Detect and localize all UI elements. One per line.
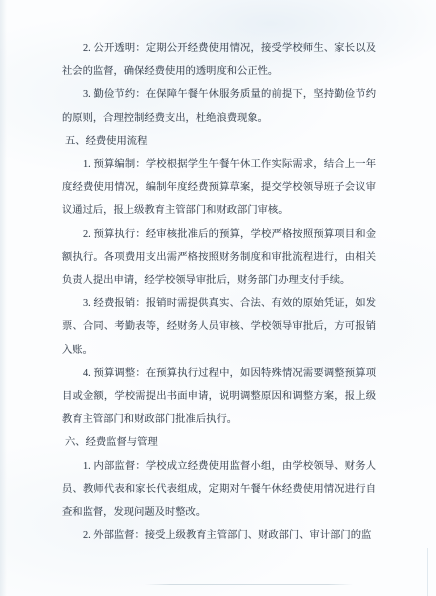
scan-artifact-footer-line xyxy=(145,584,353,585)
paragraph-thrift: 3. 勤俭节约：在保障午餐午休服务质量的前提下，坚持勤俭节约的原则，合理控制经费… xyxy=(62,83,376,129)
scan-edge-shadow-left xyxy=(0,0,7,596)
paragraph-external-supervision: 2. 外部监督：接受上级教育主管部门、财政部门、审计部门的监 xyxy=(62,524,376,547)
section-heading-funds-usage-process: 五、经费使用流程 xyxy=(62,130,376,153)
document-text: 2. 公开透明：定期公开经费使用情况，接受学校师生、家长以及社会的监督，确保经费… xyxy=(62,37,376,547)
scan-edge-line-right xyxy=(427,548,428,596)
paragraph-expense-reimbursement: 3. 经费报销：报销时需提供真实、合法、有效的原始凭证，如发票、合同、考勤表等，… xyxy=(62,292,376,362)
paragraph-budget-preparation: 1. 预算编制：学校根据学生午餐午休工作实际需求，结合上一年度经费使用情况，编制… xyxy=(62,153,376,223)
paragraph-open-transparency: 2. 公开透明：定期公开经费使用情况，接受学校师生、家长以及社会的监督，确保经费… xyxy=(62,37,376,83)
paragraph-internal-supervision: 1. 内部监督：学校成立经费使用监督小组，由学校领导、财务人员、教师代表和家长代… xyxy=(62,455,376,525)
paragraph-budget-adjustment: 4. 预算调整：在预算执行过程中，如因特殊情况需要调整预算项目或金额，学校需提出… xyxy=(62,362,376,432)
paragraph-budget-execution: 2. 预算执行：经审核批准后的预算，学校严格按照预算项目和金额执行。各项费用支出… xyxy=(62,223,376,293)
document-page: 2. 公开透明：定期公开经费使用情况，接受学校师生、家长以及社会的监督，确保经费… xyxy=(0,0,436,596)
section-heading-supervision-management: 六、经费监督与管理 xyxy=(62,431,376,454)
